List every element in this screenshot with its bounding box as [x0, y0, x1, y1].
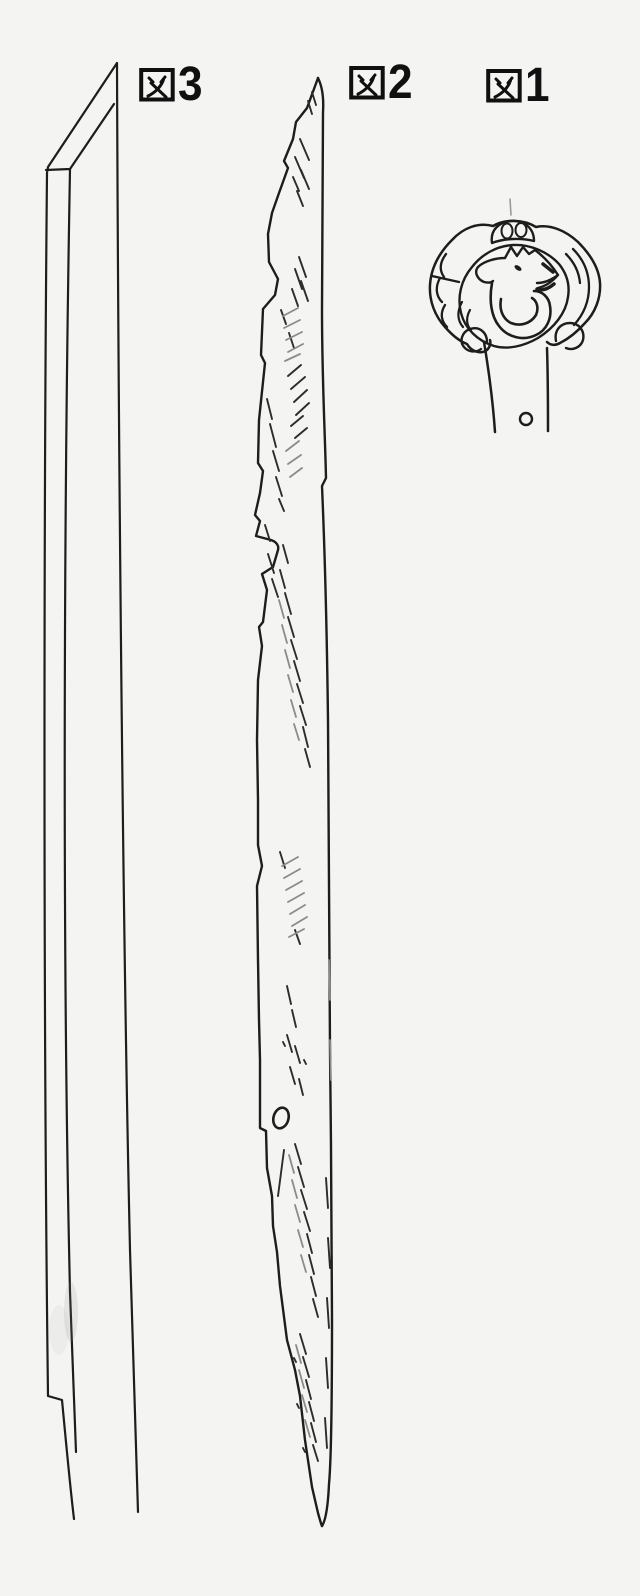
fig3-stain-mark-2 [49, 1305, 69, 1355]
fig2-left-edge [255, 78, 322, 1526]
fig1-band-ornaments [432, 249, 589, 327]
figure2-label: 2 [348, 64, 414, 102]
kanji-zu-glyph-fig1 [485, 67, 523, 105]
figure1-label: 1 [485, 67, 551, 105]
fig1-tang [484, 342, 548, 432]
fig2-corrosion-hatch-dark [265, 92, 330, 1461]
figure2-number: 2 [388, 64, 412, 101]
figure2-drawing [255, 78, 332, 1526]
fig1-crest-and-horn [476, 247, 535, 283]
fig1-feather-arcs [458, 302, 471, 330]
figure1-drawing [430, 199, 600, 432]
kanji-zu-glyph-fig3 [138, 66, 176, 104]
fig1-bird-head [458, 247, 558, 338]
figure1-number: 1 [525, 67, 549, 104]
scanned-illustration-page: 3 2 1 [0, 0, 640, 1596]
figures-artwork [0, 0, 640, 1596]
fig3-blade-outline [45, 63, 139, 1519]
fig1-centerline [510, 199, 511, 215]
fig2-corrosion-hatch-gray [279, 308, 331, 1437]
figure3-label: 3 [138, 66, 204, 104]
figure3-drawing [45, 63, 139, 1519]
fig1-rivet-hole [520, 413, 532, 425]
fig2-rivet-hole [271, 1106, 291, 1130]
fig1-outer-ring [430, 221, 600, 352]
kanji-zu-glyph-fig2 [348, 64, 386, 102]
figure3-number: 3 [178, 66, 202, 103]
fig1-eye [513, 264, 522, 272]
fig2-right-edge [318, 78, 332, 1526]
fig1-inner-ring [459, 245, 568, 348]
